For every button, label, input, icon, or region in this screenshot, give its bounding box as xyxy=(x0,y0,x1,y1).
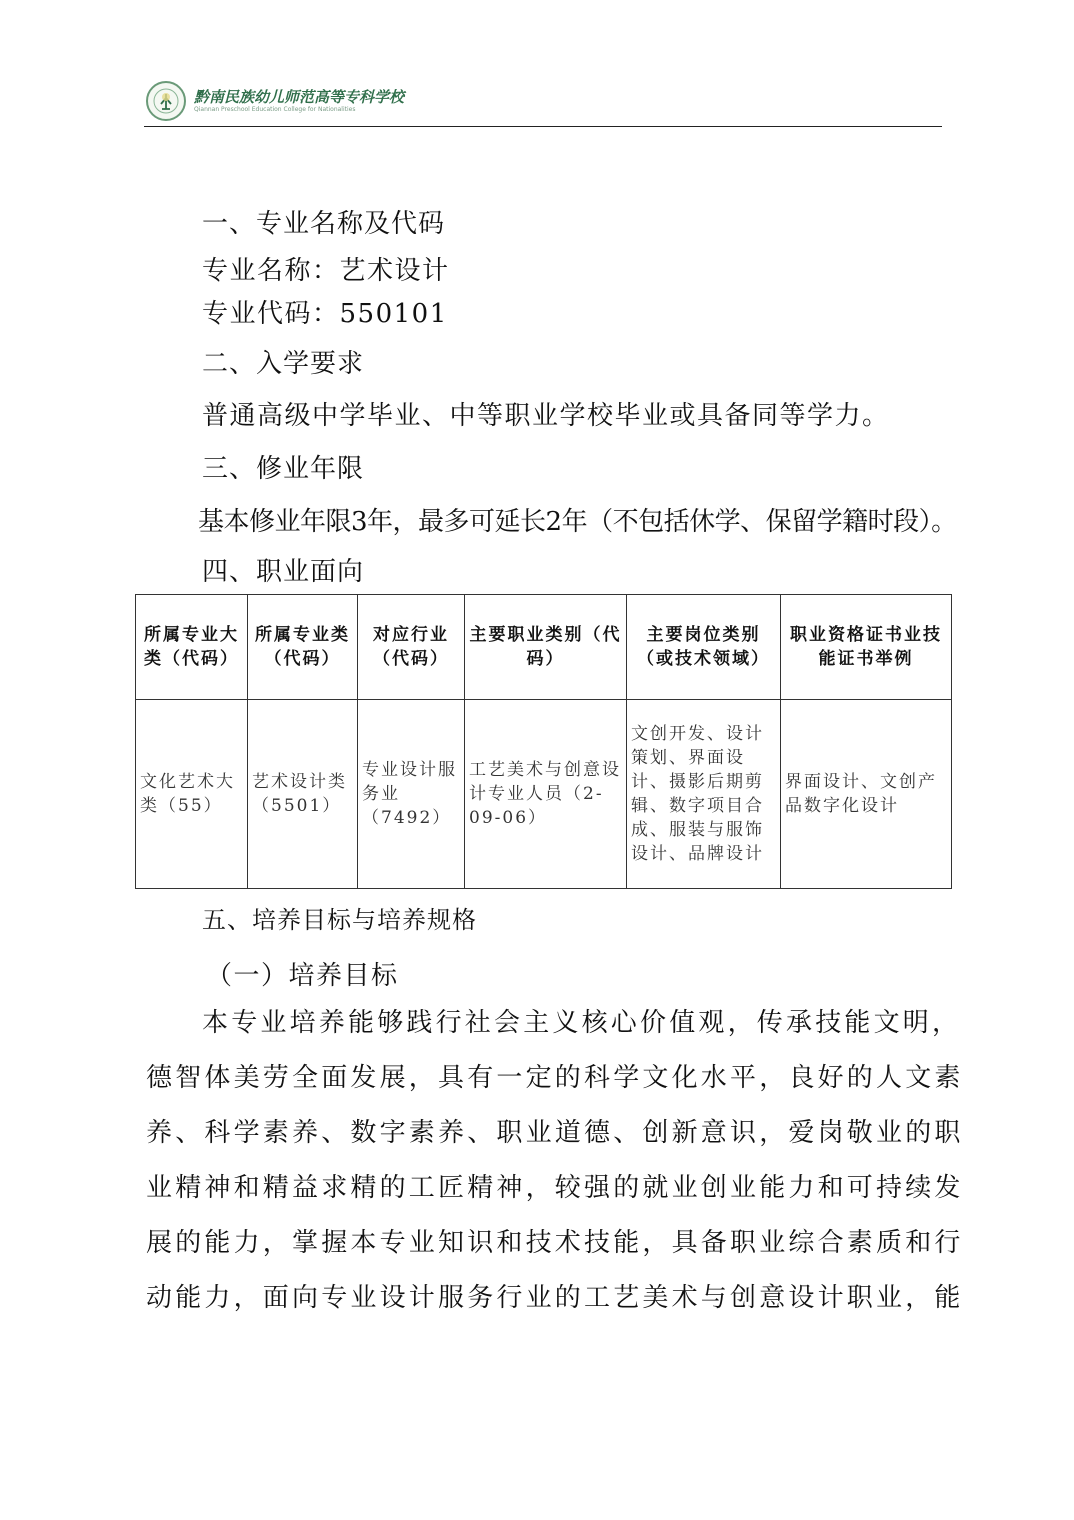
table-header: 职业资格证书业技能证书举例 xyxy=(781,595,952,700)
table-header: 所属专业大类（代码） xyxy=(136,595,248,700)
section-title-4: 四、职业面向 xyxy=(202,551,364,588)
table-cell: 艺术设计类 （5501） xyxy=(248,700,358,889)
header-divider xyxy=(144,126,942,127)
document-header: 黔南民族幼儿师范高等专科学校 Qiannan Preschool Educati… xyxy=(146,76,404,126)
table-header: 主要职业类别（代码） xyxy=(465,595,627,700)
duration-text: 基本修业年限3年，最多可延长2年（不包括休学、保留学籍时段）。 xyxy=(198,501,957,538)
section-title-5: 五、培养目标与培养规格 xyxy=(202,900,477,935)
table-cell: 工艺美术与创意设计专业人员（2-09-06） xyxy=(465,700,627,889)
table-header: 主要岗位类别（或技术领域） xyxy=(627,595,781,700)
section-title-3: 三、修业年限 xyxy=(202,448,364,485)
subsection-title: （一）培养目标 xyxy=(206,955,399,992)
school-name-cn: 黔南民族幼儿师范高等专科学校 xyxy=(194,88,404,106)
table-cell: 文创开发、设计策划、界面设计、摄影后期剪辑、数字项目合成、服装与服饰设计、品牌设… xyxy=(627,700,781,889)
table-header: 对应行业（代码） xyxy=(358,595,465,700)
table-header-row: 所属专业大类（代码） 所属专业类（代码） 对应行业（代码） 主要职业类别（代码）… xyxy=(136,595,952,700)
paragraph-line: 动能力，面向专业设计服务行业的工艺美术与创意设计职业，能 xyxy=(146,1277,964,1314)
paragraph-line: 德智体美劳全面发展，具有一定的科学文化水平，良好的人文素 xyxy=(146,1057,964,1094)
table-cell: 界面设计、文创产品数字化设计 xyxy=(781,700,952,889)
paragraph-line: 本专业培养能够践行社会主义核心价值观，传承技能文明， xyxy=(202,1002,961,1039)
major-name-line: 专业名称：艺术设计 xyxy=(202,250,450,287)
table-cell: 专业设计服务业 （7492） xyxy=(358,700,465,889)
paragraph-line: 展的能力，掌握本专业知识和技术技能，具备职业综合素质和行 xyxy=(146,1222,964,1259)
table-cell: 文化艺术大 类（55） xyxy=(136,700,248,889)
major-code-line: 专业代码：550101 xyxy=(202,293,448,330)
table-row: 文化艺术大 类（55） 艺术设计类 （5501） 专业设计服务业 （7492） … xyxy=(136,700,952,889)
career-orientation-table: 所属专业大类（代码） 所属专业类（代码） 对应行业（代码） 主要职业类别（代码）… xyxy=(135,594,952,889)
admission-requirement: 普通高级中学毕业、中等职业学校毕业或具备同等学力。 xyxy=(202,395,890,432)
section-title-1: 一、专业名称及代码 xyxy=(202,203,445,240)
school-emblem-icon xyxy=(146,81,186,121)
paragraph-line: 养、科学素养、数字素养、职业道德、创新意识，爱岗敬业的职 xyxy=(146,1112,964,1149)
section-title-2: 二、入学要求 xyxy=(202,343,364,380)
table-header: 所属专业类（代码） xyxy=(248,595,358,700)
school-name-en: Qiannan Preschool Education College for … xyxy=(194,106,404,114)
paragraph-line: 业精神和精益求精的工匠精神，较强的就业创业能力和可持续发 xyxy=(146,1167,964,1204)
